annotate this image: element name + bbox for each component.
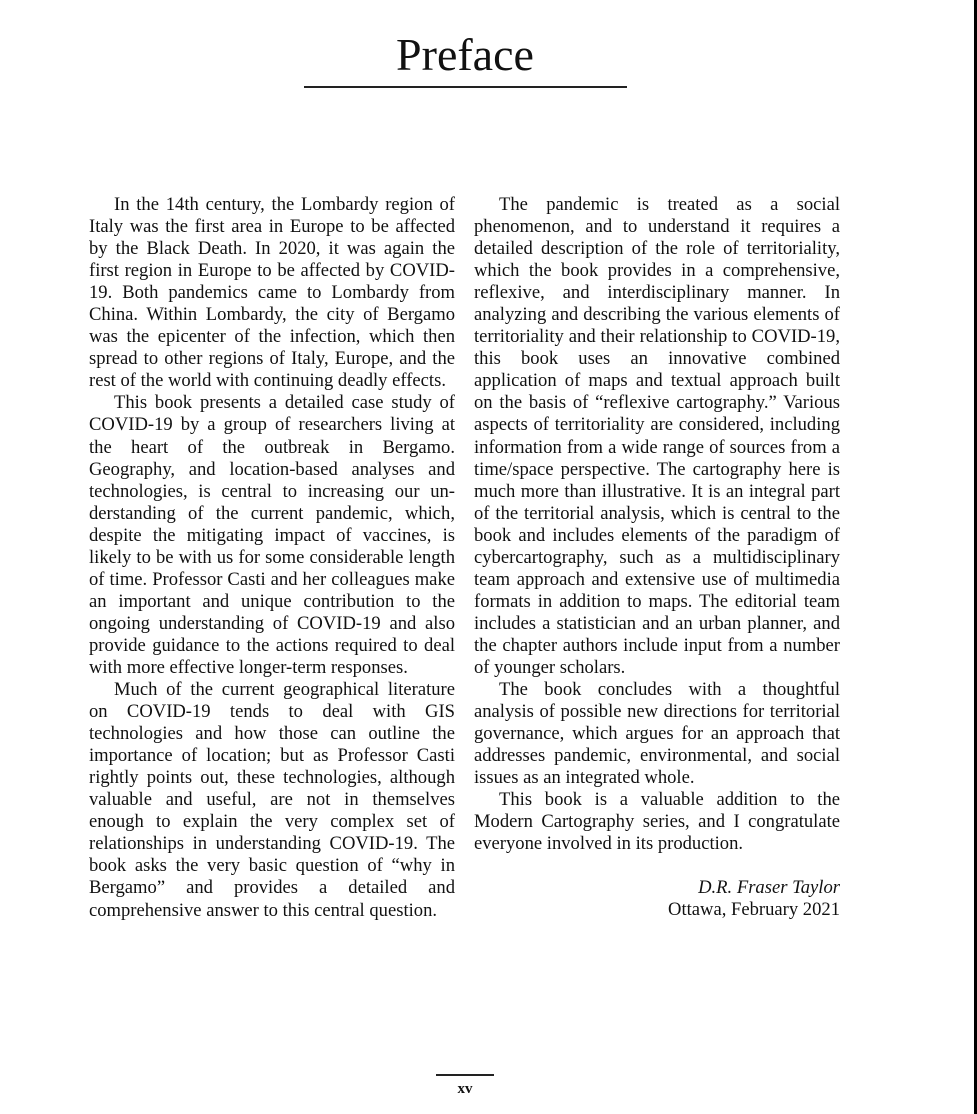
paragraph: The book concludes with a thoughtful ana… bbox=[474, 679, 840, 789]
author-name: D.R. Fraser Taylor bbox=[474, 877, 840, 899]
paragraph: In the 14th century, the Lombardy region… bbox=[89, 194, 455, 392]
folio-rule bbox=[436, 1074, 494, 1076]
page-title: Preface bbox=[304, 28, 626, 82]
paragraph: The pandemic is treated as a social phen… bbox=[474, 194, 840, 679]
paragraph: Much of the current geographical litera­… bbox=[89, 679, 455, 922]
title-underline bbox=[304, 86, 627, 88]
signature-block: D.R. Fraser Taylor Ottawa, February 2021 bbox=[474, 877, 840, 921]
paragraph: This book is a valuable addition to the … bbox=[474, 789, 840, 855]
left-column: In the 14th century, the Lombardy region… bbox=[89, 194, 455, 922]
book-page: Preface In the 14th century, the Lombard… bbox=[0, 0, 977, 1114]
place-date: Ottawa, February 2021 bbox=[474, 899, 840, 921]
paragraph: This book presents a detailed case study… bbox=[89, 392, 455, 679]
right-column: The pandemic is treated as a social phen… bbox=[474, 194, 840, 922]
page-number: xv bbox=[436, 1080, 494, 1098]
